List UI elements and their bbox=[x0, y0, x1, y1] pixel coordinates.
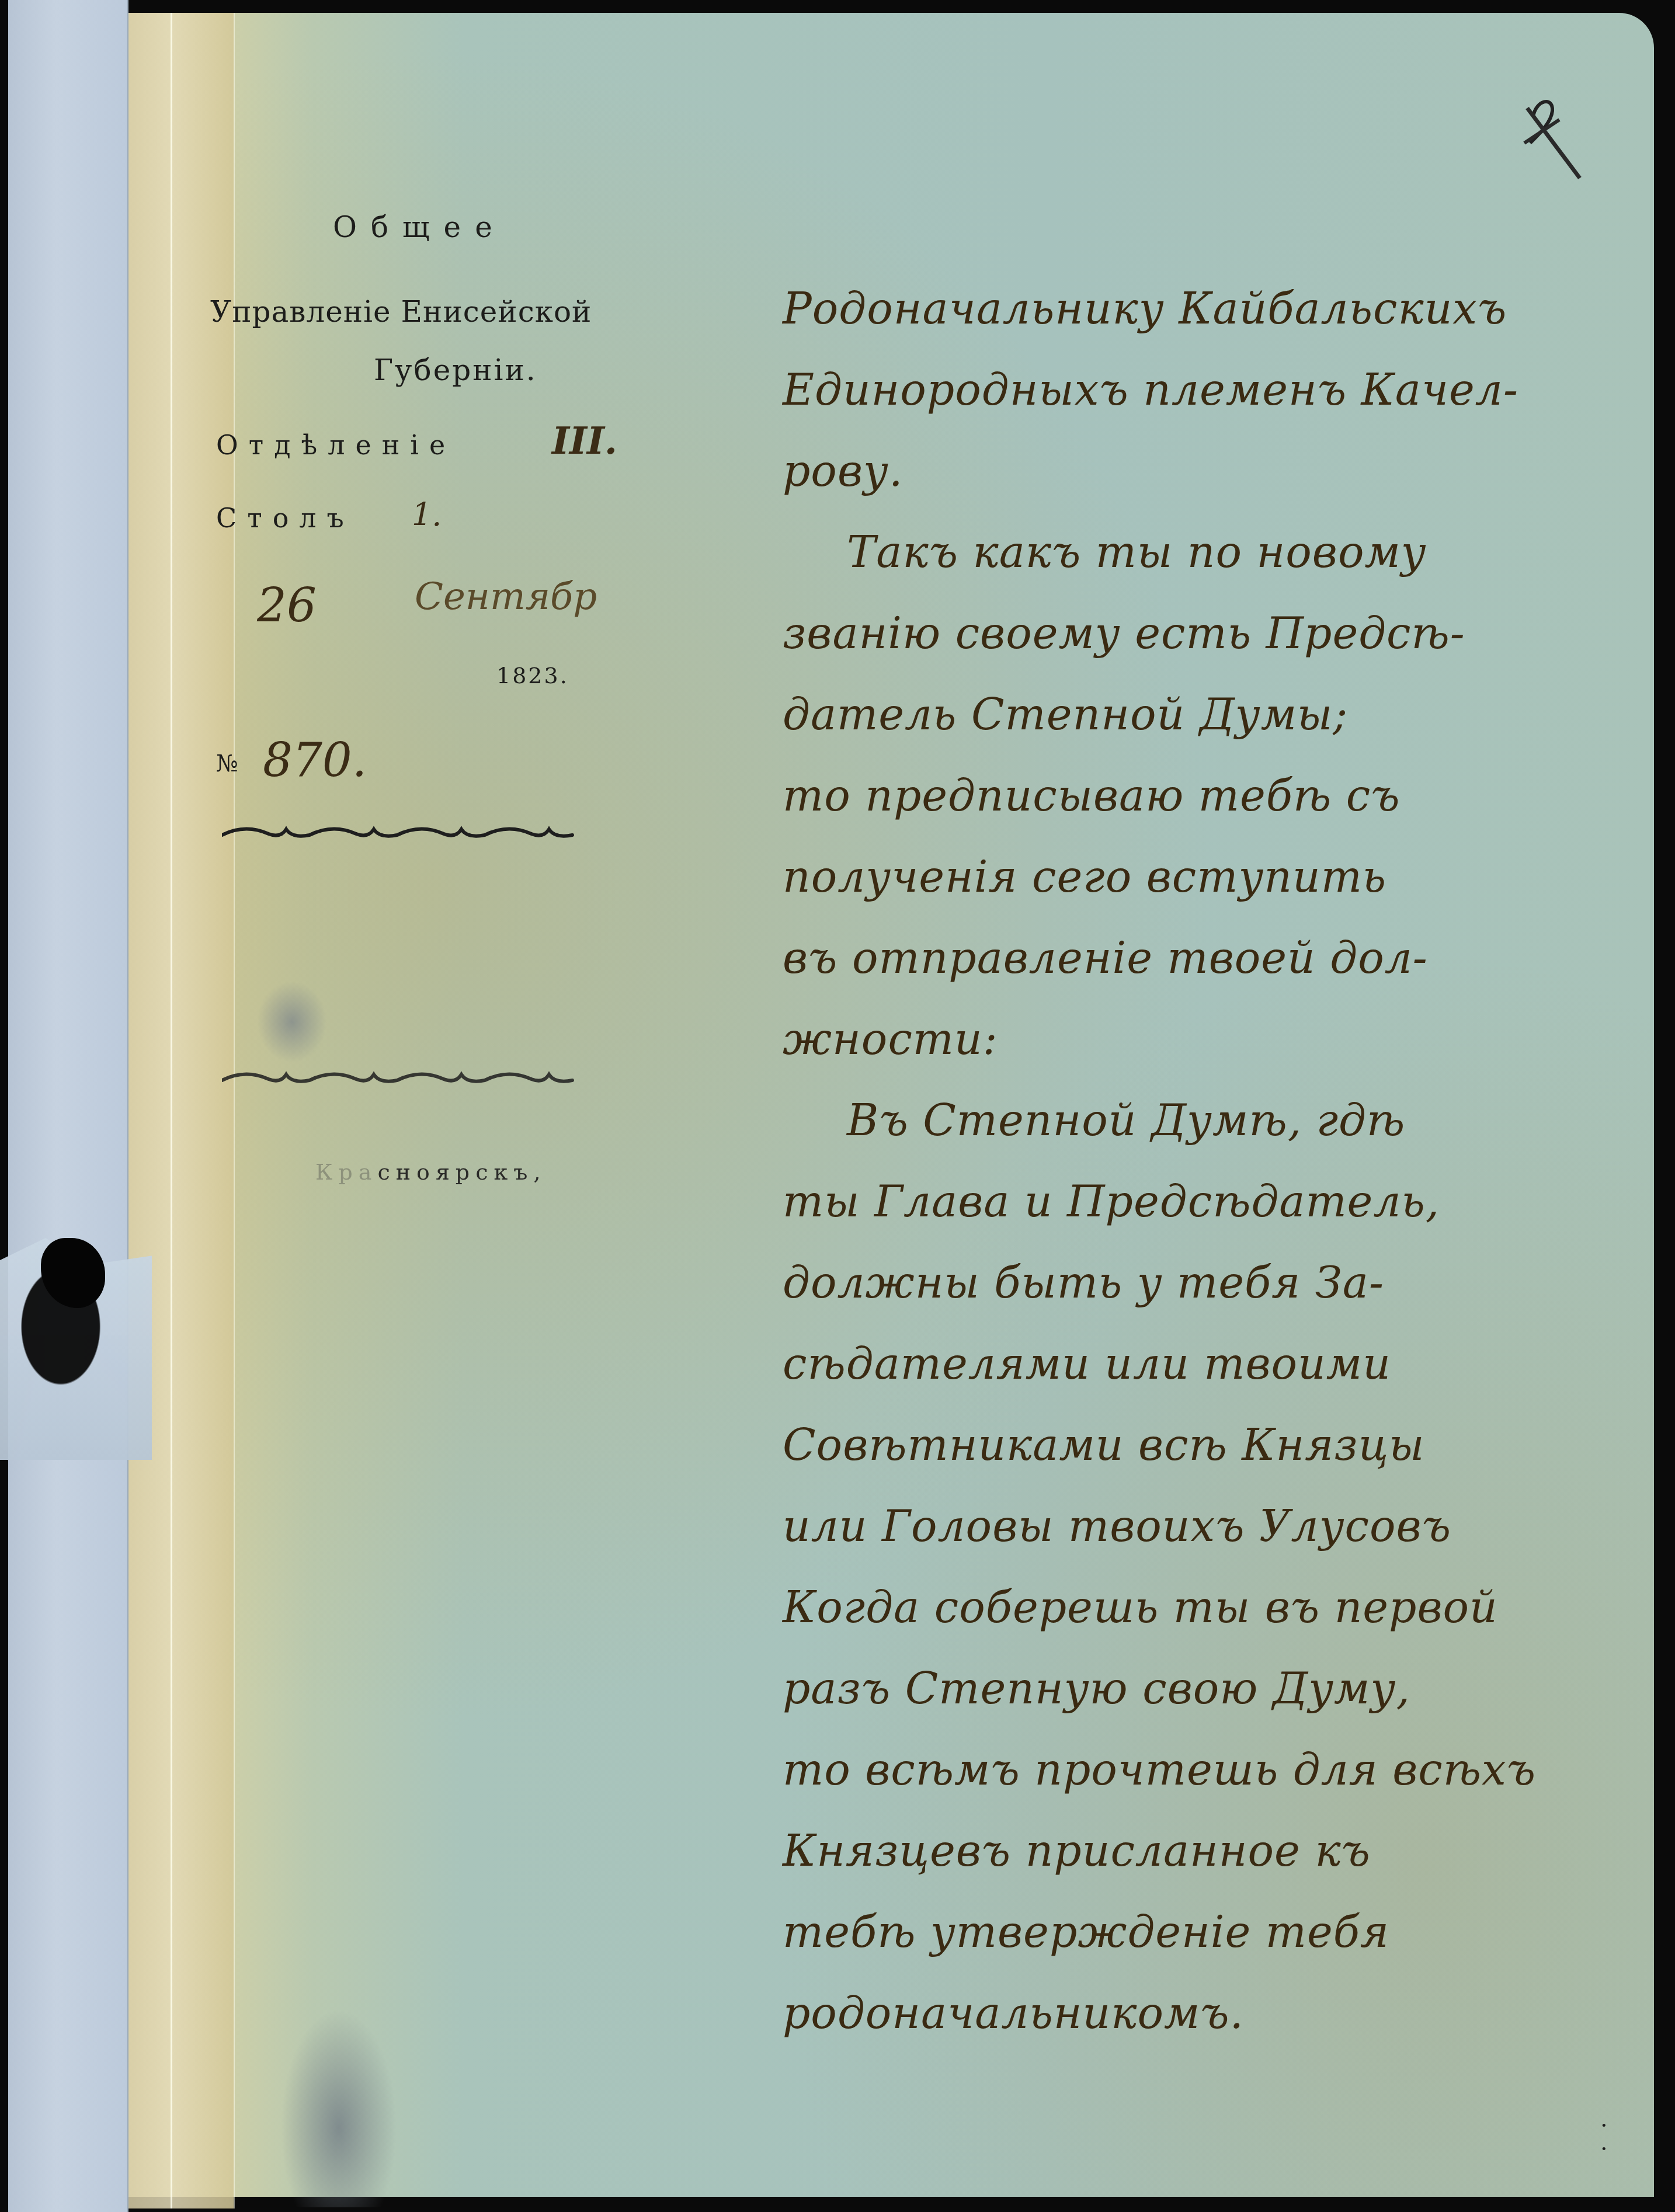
letter-line: родоначальникомъ. bbox=[783, 1973, 1629, 2054]
ornament-rule-bottom bbox=[222, 1069, 584, 1086]
letter-line: рову. bbox=[783, 431, 1629, 512]
letter-line: то всѣмъ прочтешь для всѣхъ bbox=[783, 1730, 1629, 1811]
city-imprint: Красноярскъ, bbox=[315, 1159, 546, 1185]
desk-label: Столъ bbox=[216, 502, 355, 534]
letter-line: Такъ какъ ты по новому bbox=[783, 512, 1629, 593]
wavy-ornament-icon bbox=[222, 823, 584, 841]
grey-stain bbox=[280, 2009, 397, 2207]
letter-line: въ отправленіе твоей дол- bbox=[783, 918, 1629, 999]
fold-crease-secondary bbox=[234, 13, 235, 2208]
letter-line: датель Степной Думы; bbox=[783, 674, 1629, 756]
letter-body: Родоначальнику Кайбальскихъ Единородныхъ… bbox=[783, 269, 1629, 2054]
struck-folio-icon bbox=[1518, 93, 1589, 193]
header-general: Общее bbox=[333, 210, 506, 244]
ornament-rule-top bbox=[222, 823, 584, 841]
department-label: Отдѣленіе bbox=[216, 429, 456, 461]
letter-line: Князцевъ присланное къ bbox=[783, 1811, 1629, 1892]
letter-line: Въ Степной Думѣ, гдѣ bbox=[783, 1080, 1629, 1161]
wavy-ornament-icon bbox=[222, 1069, 584, 1086]
number-value: 870. bbox=[263, 733, 367, 787]
binding-strip bbox=[8, 0, 128, 2212]
folio-number-mark: 2 bbox=[1518, 93, 1589, 193]
department-value: III. bbox=[552, 419, 617, 463]
yellowed-fold-strip bbox=[128, 13, 234, 2208]
letter-line: разъ Степную свою Думу, bbox=[783, 1648, 1629, 1730]
letter-line: или Головы твоихъ Улусовъ bbox=[783, 1486, 1629, 1567]
closing-dot-marks: ·· bbox=[1600, 2114, 1608, 2161]
letter-line: должны быть у тебя За- bbox=[783, 1243, 1629, 1324]
date-day: 26 bbox=[257, 578, 317, 632]
letter-line: сѣдателями или твоими bbox=[783, 1324, 1629, 1405]
letter-line: жности: bbox=[783, 999, 1629, 1080]
letter-line: Единородныхъ племенъ Качел- bbox=[783, 350, 1629, 431]
fold-crease bbox=[171, 13, 172, 2208]
header-province: Губерніи. bbox=[374, 353, 537, 387]
letter-line: Когда соберешь ты въ первой bbox=[783, 1567, 1629, 1648]
letter-line: Совѣтниками всѣ Князцы bbox=[783, 1405, 1629, 1486]
letter-line: Родоначальнику Кайбальскихъ bbox=[783, 269, 1629, 350]
city-imprint-visible: сноярскъ, bbox=[377, 1159, 546, 1185]
grey-stain-small bbox=[257, 981, 327, 1063]
date-month: Сентябр bbox=[415, 575, 597, 618]
letter-line: полученія сего вступить bbox=[783, 837, 1629, 918]
letter-line: званію своему есть Предсѣ- bbox=[783, 593, 1629, 674]
letter-line: то предписываю тебѣ съ bbox=[783, 756, 1629, 837]
letter-line: тебѣ утвержденіе тебя bbox=[783, 1892, 1629, 1973]
header-administration: Управленіе Енисейской bbox=[210, 295, 592, 329]
date-year: 1823. bbox=[496, 663, 569, 688]
desk-value: 1. bbox=[412, 496, 442, 533]
letter-line: ты Глава и Предсѣдатель, bbox=[783, 1161, 1629, 1243]
number-label: № bbox=[216, 750, 239, 777]
city-imprint-faded: Кра bbox=[315, 1159, 377, 1185]
